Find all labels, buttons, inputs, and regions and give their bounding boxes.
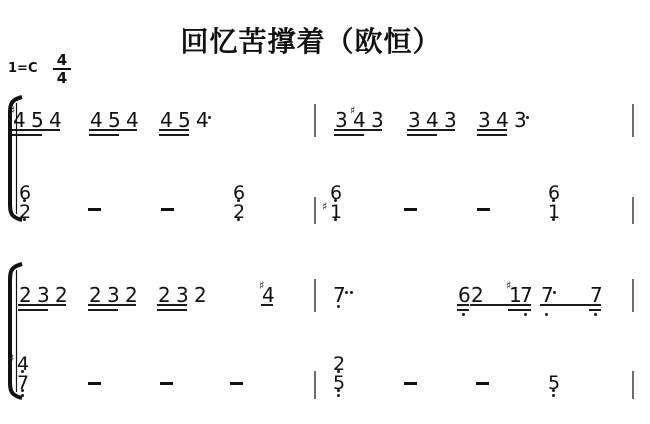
- beam-underline: [457, 304, 469, 306]
- chord: 25: [333, 355, 345, 393]
- low-octave-dot: [594, 313, 597, 316]
- beam-underline: [334, 129, 382, 131]
- note: 2: [158, 284, 171, 306]
- note: 3: [335, 109, 348, 131]
- note: 7: [17, 374, 29, 393]
- low-octave-dot: [524, 313, 527, 316]
- note-digit: 2: [194, 283, 207, 307]
- rest-dash: [476, 382, 489, 385]
- chord: 4♯7: [17, 355, 29, 393]
- low-octave-dot: [21, 394, 24, 397]
- note: 2: [89, 284, 102, 306]
- note: 7: [520, 284, 533, 306]
- note: 6: [458, 284, 471, 306]
- augmentation-dot: [208, 116, 211, 119]
- note: 2: [233, 203, 245, 222]
- low-octave-dot: [337, 394, 340, 397]
- note: 4: [49, 109, 62, 131]
- beam-underline: [89, 129, 137, 131]
- note: 2: [19, 284, 32, 306]
- note: 4: [496, 109, 509, 131]
- low-octave-dot: [552, 218, 555, 221]
- barline: [632, 371, 634, 399]
- beam-underline: [157, 304, 187, 306]
- beam-underline: [407, 129, 455, 131]
- note: 3: [514, 109, 527, 131]
- note: 3: [107, 284, 120, 306]
- sharp-accidental: ♯: [9, 349, 14, 368]
- note: 2: [55, 284, 68, 306]
- beam-underline: [159, 129, 189, 131]
- note: 2: [471, 284, 484, 306]
- low-octave-dot: [23, 218, 26, 221]
- note: 4: [126, 109, 139, 131]
- beam-underline: [18, 304, 66, 306]
- note: 3: [408, 109, 421, 131]
- barline: [314, 279, 316, 312]
- beam-underline: [477, 134, 507, 136]
- chord: 5: [548, 374, 560, 393]
- note: 3: [478, 109, 491, 131]
- note: 4♯: [262, 284, 275, 306]
- note: 5: [108, 109, 121, 131]
- barline: [632, 104, 634, 137]
- beam-underline: [18, 309, 48, 311]
- beam-underline: [88, 309, 118, 311]
- note: 5: [31, 109, 44, 131]
- augmentation-dot: [553, 291, 556, 294]
- low-octave-dot: [237, 218, 240, 221]
- rest-dash: [404, 382, 417, 385]
- sharp-accidental: ♯: [506, 275, 511, 297]
- low-octave-dot: [334, 218, 337, 221]
- note: 2: [194, 284, 207, 306]
- chord: 61: [548, 184, 560, 222]
- rest-dash: [477, 208, 490, 211]
- note: 5: [548, 374, 560, 393]
- barline: [632, 279, 634, 312]
- chord: 61♯: [330, 184, 342, 222]
- low-octave-dot: [21, 389, 24, 392]
- chord: 62: [19, 184, 31, 222]
- beam-underline: [508, 309, 531, 311]
- augmentation-dot: [345, 291, 348, 294]
- rest-dash: [161, 208, 174, 211]
- rest-dash: [88, 382, 101, 385]
- beam-underline: [470, 304, 531, 306]
- note: 2: [125, 284, 138, 306]
- beam-underline: [261, 304, 273, 306]
- beam-underline: [89, 134, 119, 136]
- beam-underline: [88, 304, 136, 306]
- rest-dash: [230, 382, 243, 385]
- note: 3: [444, 109, 457, 131]
- beam-underline: [157, 309, 187, 311]
- note: 4: [90, 109, 103, 131]
- low-octave-dot: [462, 313, 465, 316]
- rest-dash: [404, 208, 417, 211]
- score-sheet: 4♯5445445434♯3343343626261♯612322322324♯…: [0, 0, 650, 424]
- augmentation-dot: [526, 116, 529, 119]
- sharp-accidental: ♯: [10, 100, 15, 122]
- note: 4♯: [13, 109, 26, 131]
- beam-underline: [334, 134, 364, 136]
- beam-underline: [407, 134, 437, 136]
- barline: [314, 104, 316, 137]
- rest-dash: [160, 382, 173, 385]
- beam-underline: [477, 129, 507, 131]
- rest-dash: [88, 208, 101, 211]
- augmentation-dot: [350, 291, 353, 294]
- barline: [314, 371, 316, 399]
- beam-underline: [589, 309, 601, 311]
- note: 4: [160, 109, 173, 131]
- note: 2: [19, 203, 31, 222]
- sharp-accidental: ♯: [322, 197, 327, 216]
- chord: 62: [233, 184, 245, 222]
- sharp-accidental: ♯: [259, 275, 264, 297]
- low-octave-dot: [337, 305, 340, 308]
- beam-underline: [540, 304, 601, 306]
- beam-underline: [12, 134, 42, 136]
- beam-underline: [457, 309, 469, 311]
- low-octave-dot: [337, 389, 340, 392]
- low-octave-dot: [552, 394, 555, 397]
- note: 3: [371, 109, 384, 131]
- barline: [314, 197, 316, 224]
- low-octave-dot: [552, 389, 555, 392]
- beam-underline: [159, 134, 189, 136]
- note-digit: 3: [514, 108, 527, 132]
- low-octave-dot: [545, 313, 548, 316]
- note: 3: [176, 284, 189, 306]
- note: 7: [333, 284, 346, 306]
- note: 7: [590, 284, 603, 306]
- note: 1: [548, 203, 560, 222]
- note: 4♯: [353, 109, 366, 131]
- note-digit: 4: [196, 108, 209, 132]
- barline: [632, 197, 634, 224]
- note-digit: 7: [333, 283, 346, 307]
- note: 5: [178, 109, 191, 131]
- note: 1♯: [330, 203, 342, 222]
- sharp-accidental: ♯: [350, 100, 355, 122]
- beam-underline: [12, 129, 60, 131]
- note: 3: [37, 284, 50, 306]
- score-page: 回忆苦撑着（欧恒） 1=C 4 4 4♯5445445434♯334334362…: [0, 0, 650, 424]
- note: 4: [426, 109, 439, 131]
- note: 5: [333, 374, 345, 393]
- note: 4: [196, 109, 209, 131]
- note: 7: [541, 284, 554, 306]
